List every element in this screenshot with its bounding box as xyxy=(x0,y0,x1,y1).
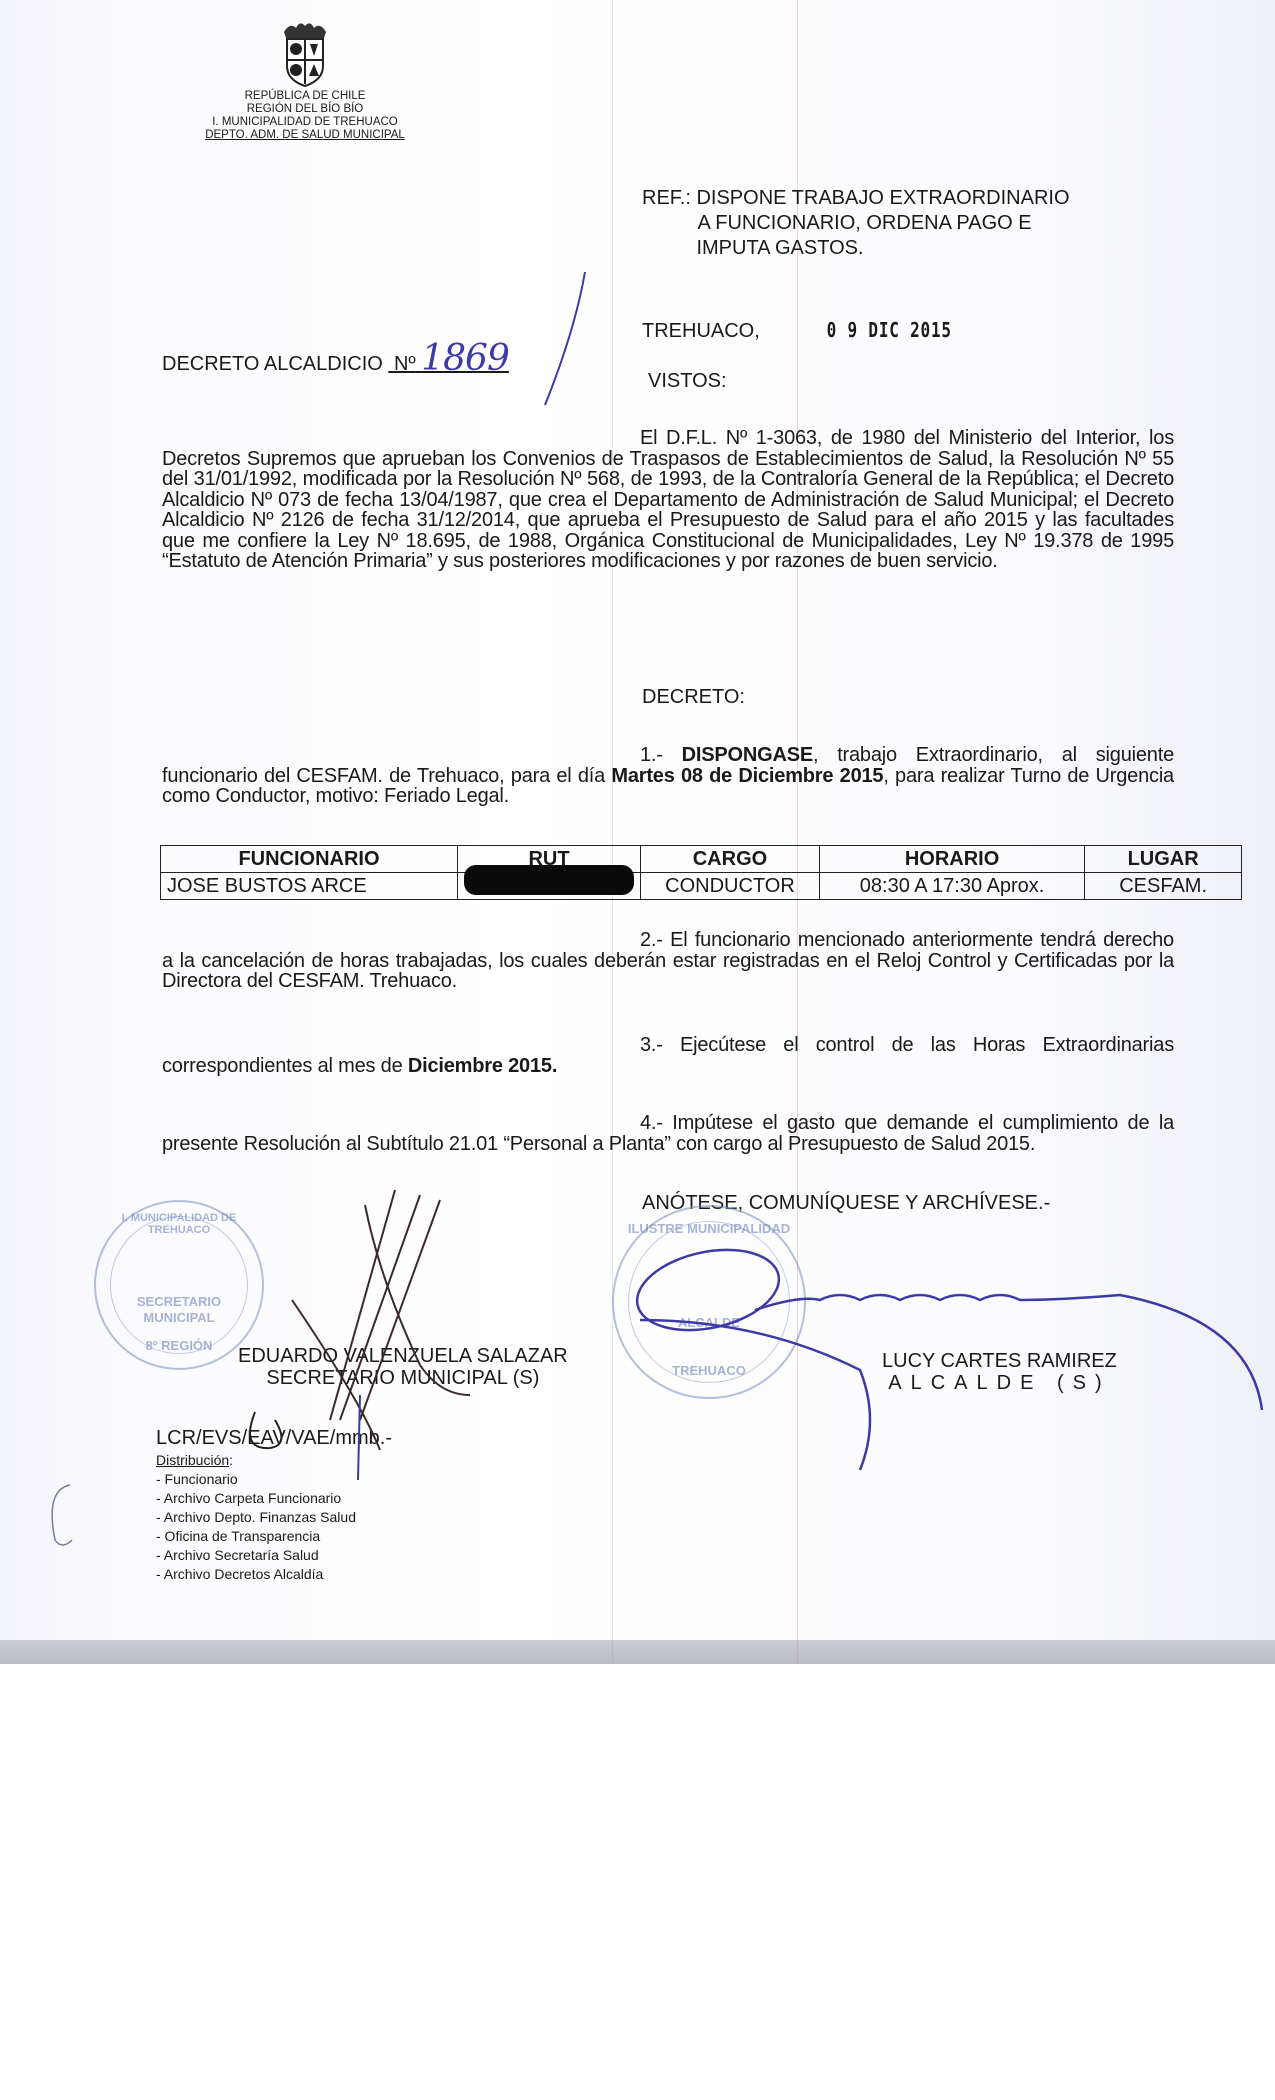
reference-label: REF.: xyxy=(642,187,691,209)
cell-horario: 08:30 A 17:30 Aprox. xyxy=(819,873,1084,900)
vistos-heading: VISTOS: xyxy=(648,370,727,393)
secretary-title: SECRETARIO MUNICIPAL (S) xyxy=(238,1367,568,1389)
table-row: JOSE BUSTOS ARCE CONDUCTOR 08:30 A 17:30… xyxy=(161,873,1242,900)
date-stamp: 0 9 DIC 2015 xyxy=(827,318,952,342)
handwritten-decree-number: 1869 xyxy=(421,338,509,379)
distribution-list: Distribución: - Funcionario - Archivo Ca… xyxy=(156,1451,356,1584)
item1-bold-date: Martes 08 de Diciembre 2015 xyxy=(611,765,883,787)
cell-rut xyxy=(458,873,641,900)
distribution-item: - Oficina de Transparencia xyxy=(156,1527,356,1546)
col-header-lugar: LUGAR xyxy=(1085,846,1242,873)
col-header-horario: HORARIO xyxy=(819,846,1084,873)
distribution-item: - Archivo Secretaría Salud xyxy=(156,1546,356,1565)
distribution-item: - Archivo Decretos Alcaldía xyxy=(156,1565,356,1584)
letterhead-region: REGIÓN DEL BÍO BÍO xyxy=(200,103,410,116)
secretary-name: EDUARDO VALENZUELA SALAZAR xyxy=(238,1345,568,1367)
letterhead-department: DEPTO. ADM. DE SALUD MUNICIPAL xyxy=(200,129,410,142)
scan-bed-edge xyxy=(0,1640,1275,1664)
municipal-coat-of-arms-icon xyxy=(270,18,340,88)
scanned-page xyxy=(0,0,1275,1648)
reference-block: REF.: DISPONE TRABAJO EXTRAORDINARIO A F… xyxy=(642,186,1070,261)
decreto-heading: DECRETO: xyxy=(642,686,745,709)
mayor-signature-block: LUCY CARTES RAMIREZ ALCALDE (S) xyxy=(882,1350,1117,1394)
decree-label: DECRETO ALCALDICIO xyxy=(162,353,383,375)
reference-line: A FUNCIONARIO, ORDENA PAGO E xyxy=(696,211,1069,236)
letterhead: REPÚBLICA DE CHILE REGIÓN DEL BÍO BÍO I.… xyxy=(200,18,410,142)
decree-item-3: 3.- Ejecútese el control de las Horas Ex… xyxy=(162,1035,1174,1076)
table-header-row: FUNCIONARIO RUT CARGO HORARIO LUGAR xyxy=(161,846,1242,873)
scan-artifact-line xyxy=(612,0,613,1664)
place-date: TREHUACO, 0 9 DIC 2015 xyxy=(642,318,968,343)
cell-funcionario: JOSE BUSTOS ARCE xyxy=(161,873,458,900)
letterhead-country: REPÚBLICA DE CHILE xyxy=(200,90,410,103)
distribution-title: Distribución xyxy=(156,1452,229,1468)
redaction-mark xyxy=(464,865,634,895)
letterhead-municipality: I. MUNICIPALIDAD DE TREHUACO xyxy=(200,116,410,129)
responsible-initials: LCR/EVS/EAV/VAE/mmb.- xyxy=(156,1427,392,1450)
decree-item-2: 2.- El funcionario mencionado anteriorme… xyxy=(162,930,1174,992)
city: TREHUACO, xyxy=(642,320,760,342)
distribution-item: - Archivo Depto. Finanzas Salud xyxy=(156,1508,356,1527)
col-header-funcionario: FUNCIONARIO xyxy=(161,846,458,873)
cell-lugar: CESFAM. xyxy=(1085,873,1242,900)
decree-item-1: 1.- DISPONGASE, trabajo Extraordinario, … xyxy=(162,745,1174,807)
mayor-title: ALCALDE (S) xyxy=(882,1372,1117,1394)
distribution-item: - Archivo Carpeta Funcionario xyxy=(156,1489,356,1508)
decree-item-4: 4.- Impútese el gasto que demande el cum… xyxy=(162,1113,1174,1154)
col-header-cargo: CARGO xyxy=(641,846,820,873)
reference-line: DISPONE TRABAJO EXTRAORDINARIO xyxy=(696,186,1069,211)
mayor-name: LUCY CARTES RAMIREZ xyxy=(882,1350,1117,1372)
distribution-item: - Funcionario xyxy=(156,1470,356,1489)
mayor-seal: ILUSTRE MUNICIPALIDAD ALCALDE TREHUACO xyxy=(612,1205,806,1399)
staff-table: FUNCIONARIO RUT CARGO HORARIO LUGAR JOSE… xyxy=(160,845,1242,900)
decree-number: DECRETO ALCALDICIO Nº 1869 xyxy=(162,338,509,379)
reference-line: IMPUTA GASTOS. xyxy=(696,236,1069,261)
item1-bold-lead: DISPONGASE xyxy=(682,744,813,766)
secretary-signature-block: EDUARDO VALENZUELA SALAZAR SECRETARIO MU… xyxy=(238,1345,568,1389)
decree-number-prefix: Nº 1869 xyxy=(388,353,509,375)
cell-cargo: CONDUCTOR xyxy=(641,873,820,900)
vistos-paragraph: El D.F.L. Nº 1-3063, de 1980 del Ministe… xyxy=(162,428,1174,572)
item3-bold-tail: Diciembre 2015. xyxy=(408,1055,557,1077)
